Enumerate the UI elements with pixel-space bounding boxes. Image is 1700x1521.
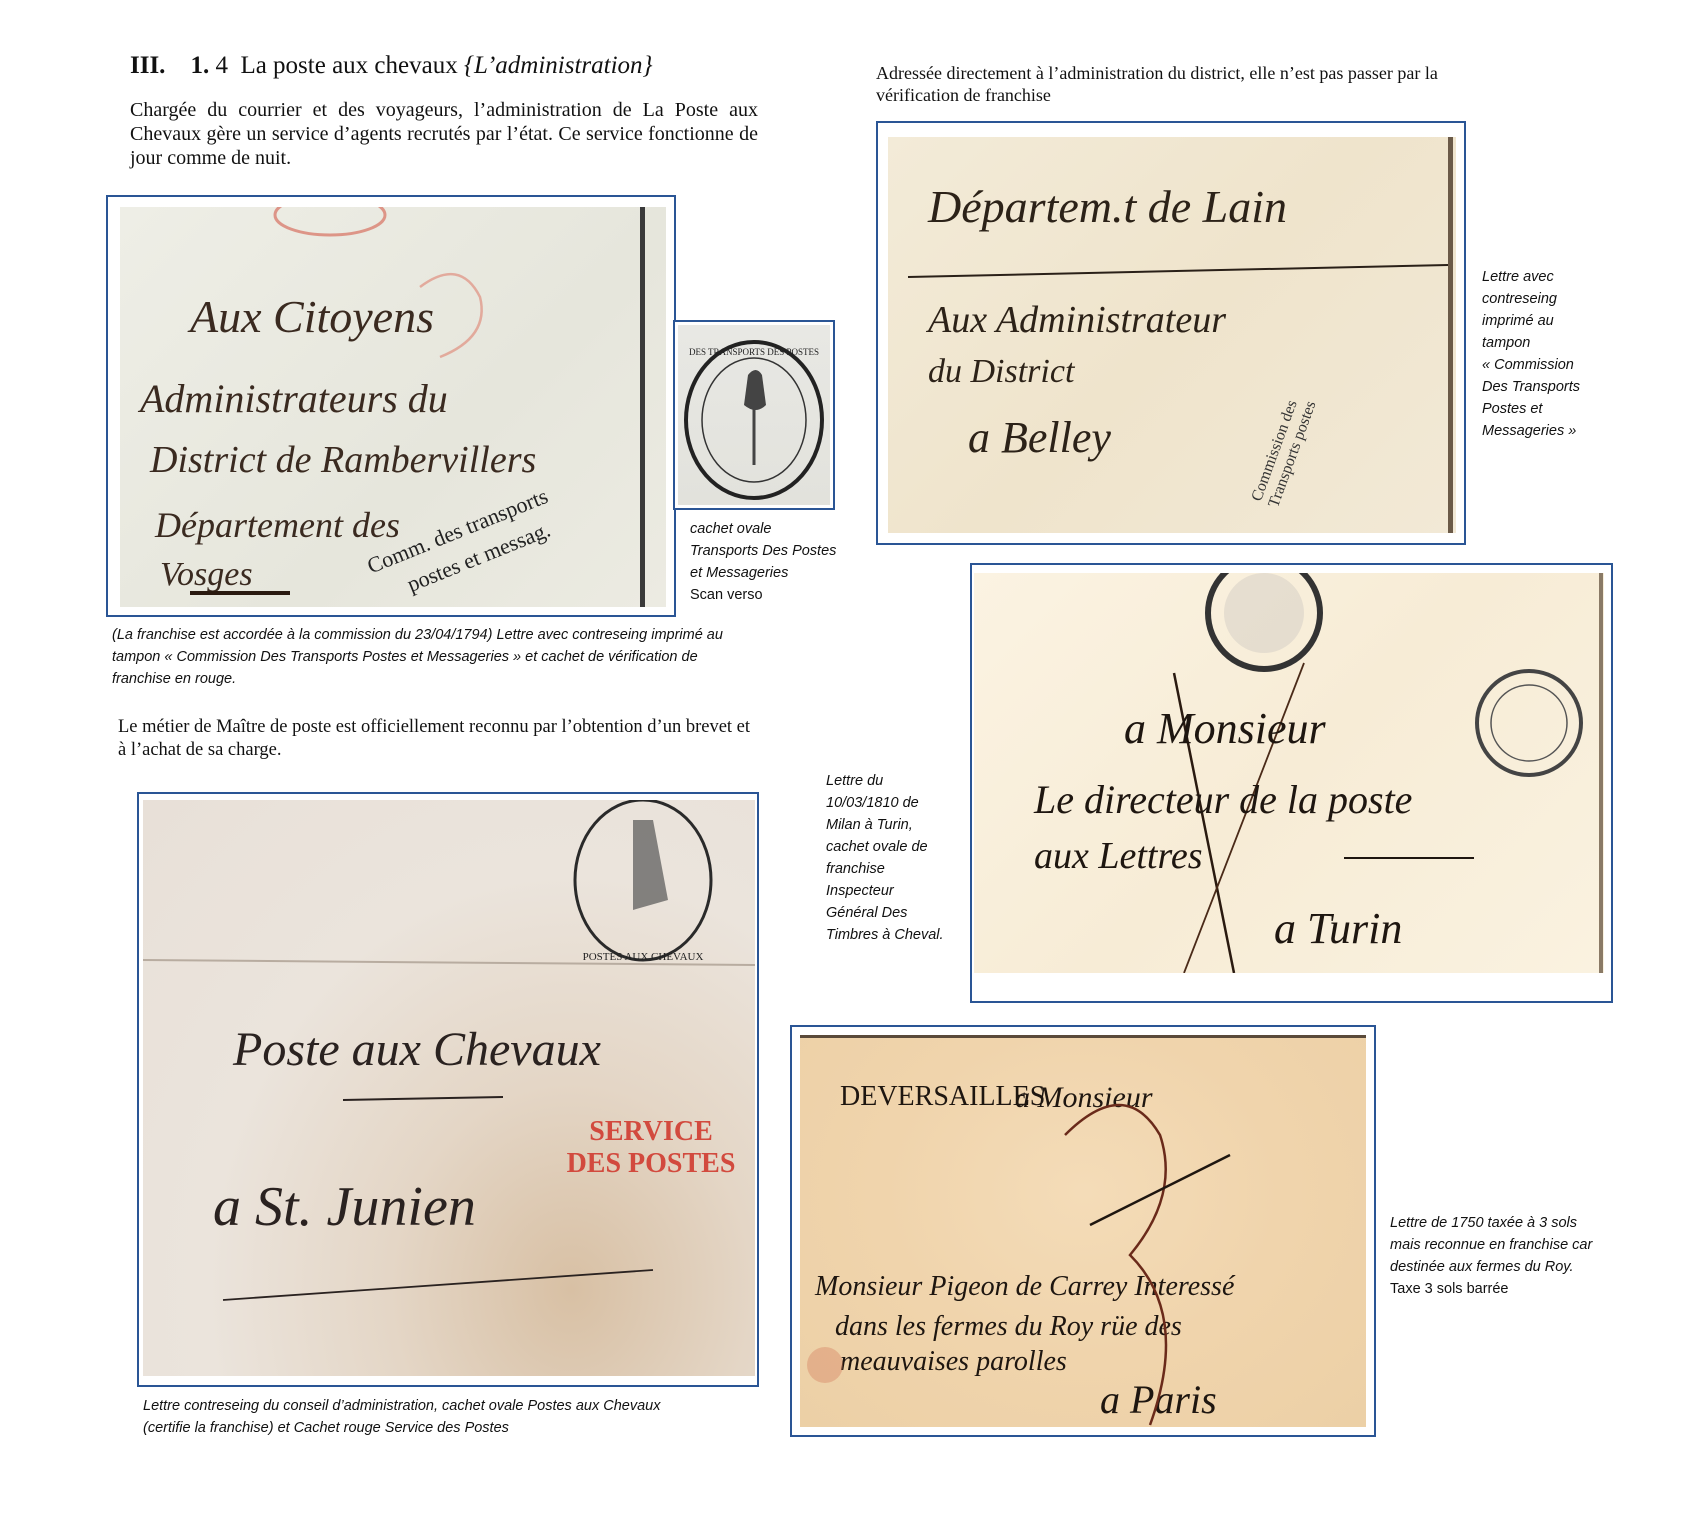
vosges-line-1: Aux Citoyens [187, 291, 434, 342]
letter-ain-caption: Lettre avec contreseing imprimé au tampo… [1482, 266, 1642, 442]
st-junien-line-1: Poste aux Chevaux [232, 1023, 601, 1076]
title-text: La poste aux chevaux [240, 52, 457, 79]
caption-line: Timbres à Cheval. [826, 924, 966, 946]
caption-line: Scan verso [690, 584, 870, 606]
letter-turin-frame: a Monsieur Le directeur de la poste aux … [970, 563, 1613, 1003]
section-title: III. 1. 4 La poste aux chevaux {L’admini… [130, 52, 653, 80]
letter-vosges-caption: (La franchise est accordée à la commissi… [112, 624, 752, 690]
caption-line: Lettre de 1750 taxée à 3 sols [1390, 1212, 1690, 1234]
letter-turin-caption: Lettre du 10/03/1810 de Milan à Turin, c… [826, 770, 966, 946]
caption-line: Transports Des Postes [690, 540, 870, 562]
caption-line: cachet ovale [690, 518, 870, 540]
turin-line-4: a Turin [1274, 904, 1402, 953]
caption-line: (certifie la franchise) et Cachet rouge … [143, 1417, 783, 1439]
caption-line: Milan à Turin, [826, 814, 966, 836]
letter-vosges-image: Aux Citoyens Administrateurs du District… [120, 207, 666, 607]
intro-paragraph: Chargée du courrier et des voyageurs, l’… [130, 98, 758, 170]
versailles-line-1: a Monsieur [1015, 1081, 1153, 1114]
subsection-number: 4 [215, 52, 228, 79]
letter-ain-scan: Départem.t de Lain Aux Administrateur du… [888, 137, 1456, 533]
oval-stamp-verso: DES TRANSPORTS DES POSTES [678, 325, 830, 505]
vosges-line-4: Département des [154, 505, 400, 545]
caption-line: franchise [826, 858, 966, 880]
letter-versailles-frame: DEVERSAILLES a Monsieur Monsieur Pigeon … [790, 1025, 1376, 1437]
letter-versailles-image: DEVERSAILLES a Monsieur Monsieur Pigeon … [800, 1035, 1366, 1427]
letter-vosges-scan: Aux Citoyens Administrateurs du District… [120, 207, 666, 607]
svg-text:DES TRANSPORTS DES POSTES: DES TRANSPORTS DES POSTES [689, 347, 819, 357]
chapter-number: 1. [190, 52, 209, 79]
turin-line-2: Le directeur de la poste [1033, 777, 1412, 822]
caption-line: 10/03/1810 de [826, 792, 966, 814]
caption-line: Inspecteur [826, 880, 966, 902]
letter-vosges-frame: Aux Citoyens Administrateurs du District… [106, 195, 676, 617]
svg-text:POSTES AUX CHEVAUX: POSTES AUX CHEVAUX [583, 951, 704, 963]
letter-turin-image: a Monsieur Le directeur de la poste aux … [974, 573, 1604, 973]
letter-versailles-scan: DEVERSAILLES a Monsieur Monsieur Pigeon … [800, 1035, 1366, 1427]
turin-line-1: a Monsieur [1124, 704, 1327, 753]
letter-verso-image: DES TRANSPORTS DES POSTES [678, 325, 830, 505]
caption-line: Lettre avec [1482, 266, 1642, 288]
letter-ain-image: Départem.t de Lain Aux Administrateur du… [888, 137, 1456, 533]
caption-line: imprimé au [1482, 310, 1642, 332]
title-subtitle: {L’administration} [464, 52, 653, 79]
letter-verso-frame: DES TRANSPORTS DES POSTES [673, 320, 835, 510]
caption-line: Taxe 3 sols barrée [1390, 1278, 1690, 1300]
caption-line: Général Des [826, 902, 966, 924]
red-stamp-line-2: DES POSTES [567, 1148, 736, 1179]
caption-line: destinée aux fermes du Roy. [1390, 1256, 1690, 1278]
caption-line: Lettre contreseing du conseil d’administ… [143, 1395, 783, 1417]
letter-st-junien-scan: POSTES AUX CHEVAUX Poste aux Chevaux a S… [143, 800, 755, 1376]
ain-line-2: Aux Administrateur [925, 299, 1226, 341]
versailles-line-3: dans les fermes du Roy rüe des [835, 1311, 1182, 1342]
right-intro-paragraph: Adressée directement à l’administration … [876, 62, 1476, 106]
caption-line: tampon [1482, 332, 1642, 354]
letter-st-junien-caption: Lettre contreseing du conseil d’administ… [143, 1395, 783, 1439]
red-stamp-line-1: SERVICE [589, 1116, 713, 1147]
caption-line: mais reconnue en franchise car [1390, 1234, 1690, 1256]
versailles-line-4: meauvaises parolles [840, 1346, 1067, 1377]
turin-line-3: aux Lettres [1034, 835, 1203, 877]
letter-verso-caption: cachet ovale Transports Des Postes et Me… [690, 518, 870, 606]
caption-line: cachet ovale de [826, 836, 966, 858]
letter-turin-scan: a Monsieur Le directeur de la poste aux … [974, 573, 1604, 973]
letter-ain-frame: Départem.t de Lain Aux Administrateur du… [876, 121, 1466, 545]
middle-paragraph: Le métier de Maître de poste est officie… [118, 716, 758, 762]
caption-line: Lettre du [826, 770, 966, 792]
caption-line: « Commission [1482, 354, 1642, 376]
caption-line: contreseing [1482, 288, 1642, 310]
vosges-line-5: Vosges [160, 556, 253, 593]
st-junien-line-2: a St. Junien [213, 1176, 476, 1238]
vosges-line-2: Administrateurs du [137, 376, 448, 421]
caption-line: et Messageries [690, 562, 870, 584]
caption-line: Messageries » [1482, 420, 1642, 442]
vosges-line-3: District de Rambervillers [149, 439, 536, 481]
ain-line-3: du District [928, 353, 1076, 390]
letter-versailles-caption: Lettre de 1750 taxée à 3 sols mais recon… [1390, 1212, 1690, 1300]
section-number: III. [130, 52, 165, 79]
ain-line-4: a Belley [968, 413, 1111, 462]
letter-st-junien-frame: POSTES AUX CHEVAUX Poste aux Chevaux a S… [137, 792, 759, 1387]
versailles-line-2: Monsieur Pigeon de Carrey Interessé [814, 1271, 1236, 1302]
letter-st-junien-image: POSTES AUX CHEVAUX Poste aux Chevaux a S… [143, 800, 755, 1376]
ain-line-1: Départem.t de Lain [927, 181, 1287, 232]
caption-line: Postes et [1482, 398, 1642, 420]
caption-line: Des Transports [1482, 376, 1642, 398]
